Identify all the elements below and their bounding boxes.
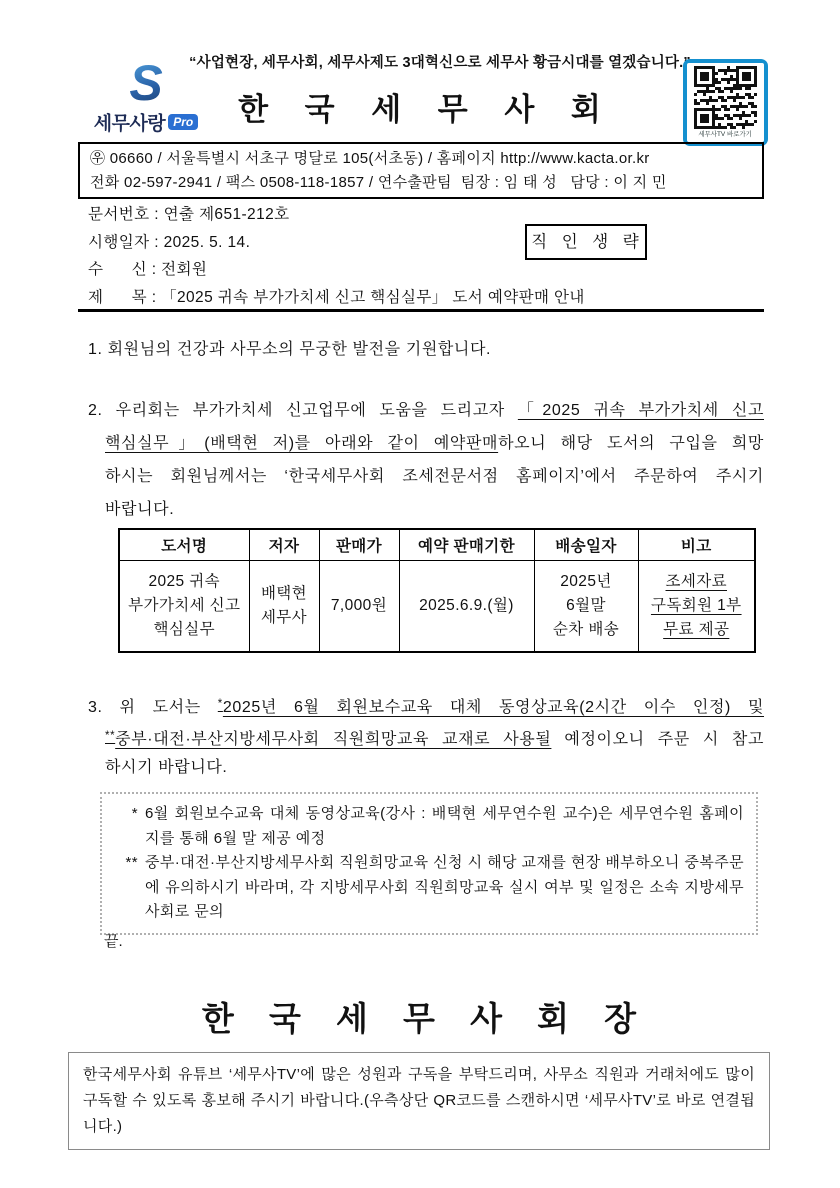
footnote-text: 6월 회원보수교육 대체 동영상교육(강사 : 배택현 세무연수원 교수)은 세… <box>145 802 744 851</box>
table-row: 2025 귀속부가가치세 신고핵심실무 배택현세무사 7,000원 2025.6… <box>119 561 755 653</box>
document-meta: 문서번호 : 연출 제651-212호 시행일자 : 2025. 5. 14. … <box>88 201 585 311</box>
cell-price: 7,000원 <box>319 561 399 653</box>
col-header-price: 판매가 <box>319 529 399 561</box>
qr-pattern <box>694 66 757 129</box>
paragraph-2-line: 핵심실무」(배택현 저)를 아래와 같이 예약판매하오니 해당 도서의 구입을 … <box>88 427 764 460</box>
paragraph-3: 3. 위 도서는 *2025년 6월 회원보수교육 대체 동영상교육(2시간 이… <box>88 688 764 784</box>
footnote-marker: ** <box>110 851 145 925</box>
qr-code: 세무사TV 바로가기 <box>683 59 768 146</box>
paragraph-3-line: 3. 위 도서는 *2025년 6월 회원보수교육 대체 동영상교육(2시간 이… <box>88 688 764 720</box>
footnote-text: 중부·대전·부산지방세무사회 직원희망교육 신청 시 해당 교재를 현장 배부하… <box>145 851 744 925</box>
paragraph-2: 2. 우리회는 부가가치세 신고업무에 도움을 드리고자 「2025 귀속 부가… <box>88 394 764 526</box>
paragraph-2-line: 2. 우리회는 부가가치세 신고업무에 도움을 드리고자 「2025 귀속 부가… <box>88 394 764 427</box>
book-sale-table: 도서명 저자 판매가 예약 판매기한 배송일자 비고 2025 귀속부가가치세 … <box>118 528 756 653</box>
footnotes-box: * 6월 회원보수교육 대체 동영상교육(강사 : 배택현 세무연수원 교수)은… <box>100 792 758 935</box>
doc-number: 문서번호 : 연출 제651-212호 <box>88 201 585 229</box>
paragraph-3-line: 하시기 바랍니다. <box>88 752 764 784</box>
paragraph-2-line: 하시는 회원님께서는 ‘한국세무사회 조세전문서점 홈페이지’에서 주문하여 주… <box>88 460 764 493</box>
document-page: S 세무사랑Pro “사업현장, 세무사회, 세무사제도 3대혁신으로 세무사 … <box>0 0 840 1188</box>
seal-omitted-stamp: 직 인 생 략 <box>525 224 647 260</box>
table-header-row: 도서명 저자 판매가 예약 판매기한 배송일자 비고 <box>119 529 755 561</box>
col-header-author: 저자 <box>249 529 319 561</box>
end-mark: 끝. <box>104 930 123 951</box>
cell-deadline: 2025.6.9.(월) <box>399 561 534 653</box>
phone-line: 전화 02-597-2941 / 팩스 0508-118-1857 / 연수출판… <box>90 171 752 195</box>
cell-book-title: 2025 귀속부가가치세 신고핵심실무 <box>119 561 249 653</box>
signature-title: 한 국 세 무 사 회 장 <box>0 993 840 1040</box>
address-line: ㉾ 06660 / 서울특별시 서초구 명달로 105(서초동) / 홈페이지 … <box>90 147 752 171</box>
col-header-note: 비고 <box>638 529 755 561</box>
cell-shipping: 2025년6월말순차 배송 <box>534 561 638 653</box>
footnote-marker: * <box>110 802 145 851</box>
qr-caption: 세무사TV 바로가기 <box>699 129 753 139</box>
youtube-promo-box: 한국세무사회 유튜브 ‘세무사TV’에 많은 성원과 구독을 부탁드리며, 사무… <box>68 1052 770 1150</box>
paragraph-3-line: **중부·대전·부산지방세무사회 직원희망교육 교재로 사용될 예정이오니 주문… <box>88 720 764 752</box>
paragraph-1: 1. 회원님의 건강과 사무소의 무궁한 발전을 기원합니다. <box>88 337 764 363</box>
header-slogan: “사업현장, 세무사회, 세무사제도 3대혁신으로 세무사 황금시대를 열겠습니… <box>160 51 720 72</box>
cell-author: 배택현세무사 <box>249 561 319 653</box>
col-header-deadline: 예약 판매기한 <box>399 529 534 561</box>
cell-note: 조세자료구독회원 1부무료 제공 <box>638 561 755 653</box>
col-header-title: 도서명 <box>119 529 249 561</box>
doc-subject: 제 목 : 「2025 귀속 부가가치세 신고 핵심실무」 도서 예약판매 안내 <box>88 284 585 312</box>
qr-inner-panel: 세무사TV 바로가기 <box>687 63 764 142</box>
contact-info-box: ㉾ 06660 / 서울특별시 서초구 명달로 105(서초동) / 홈페이지 … <box>78 142 764 199</box>
col-header-shipping: 배송일자 <box>534 529 638 561</box>
footnote-item: ** 중부·대전·부산지방세무사회 직원희망교육 신청 시 해당 교재를 현장 … <box>110 851 744 925</box>
doc-date: 시행일자 : 2025. 5. 14. <box>88 229 585 257</box>
paragraph-2-line: 바랍니다. <box>88 493 764 526</box>
header-divider <box>78 309 764 312</box>
doc-recipient: 수 신 : 전회원 <box>88 256 585 284</box>
footnote-item: * 6월 회원보수교육 대체 동영상교육(강사 : 배택현 세무연수원 교수)은… <box>110 802 744 851</box>
